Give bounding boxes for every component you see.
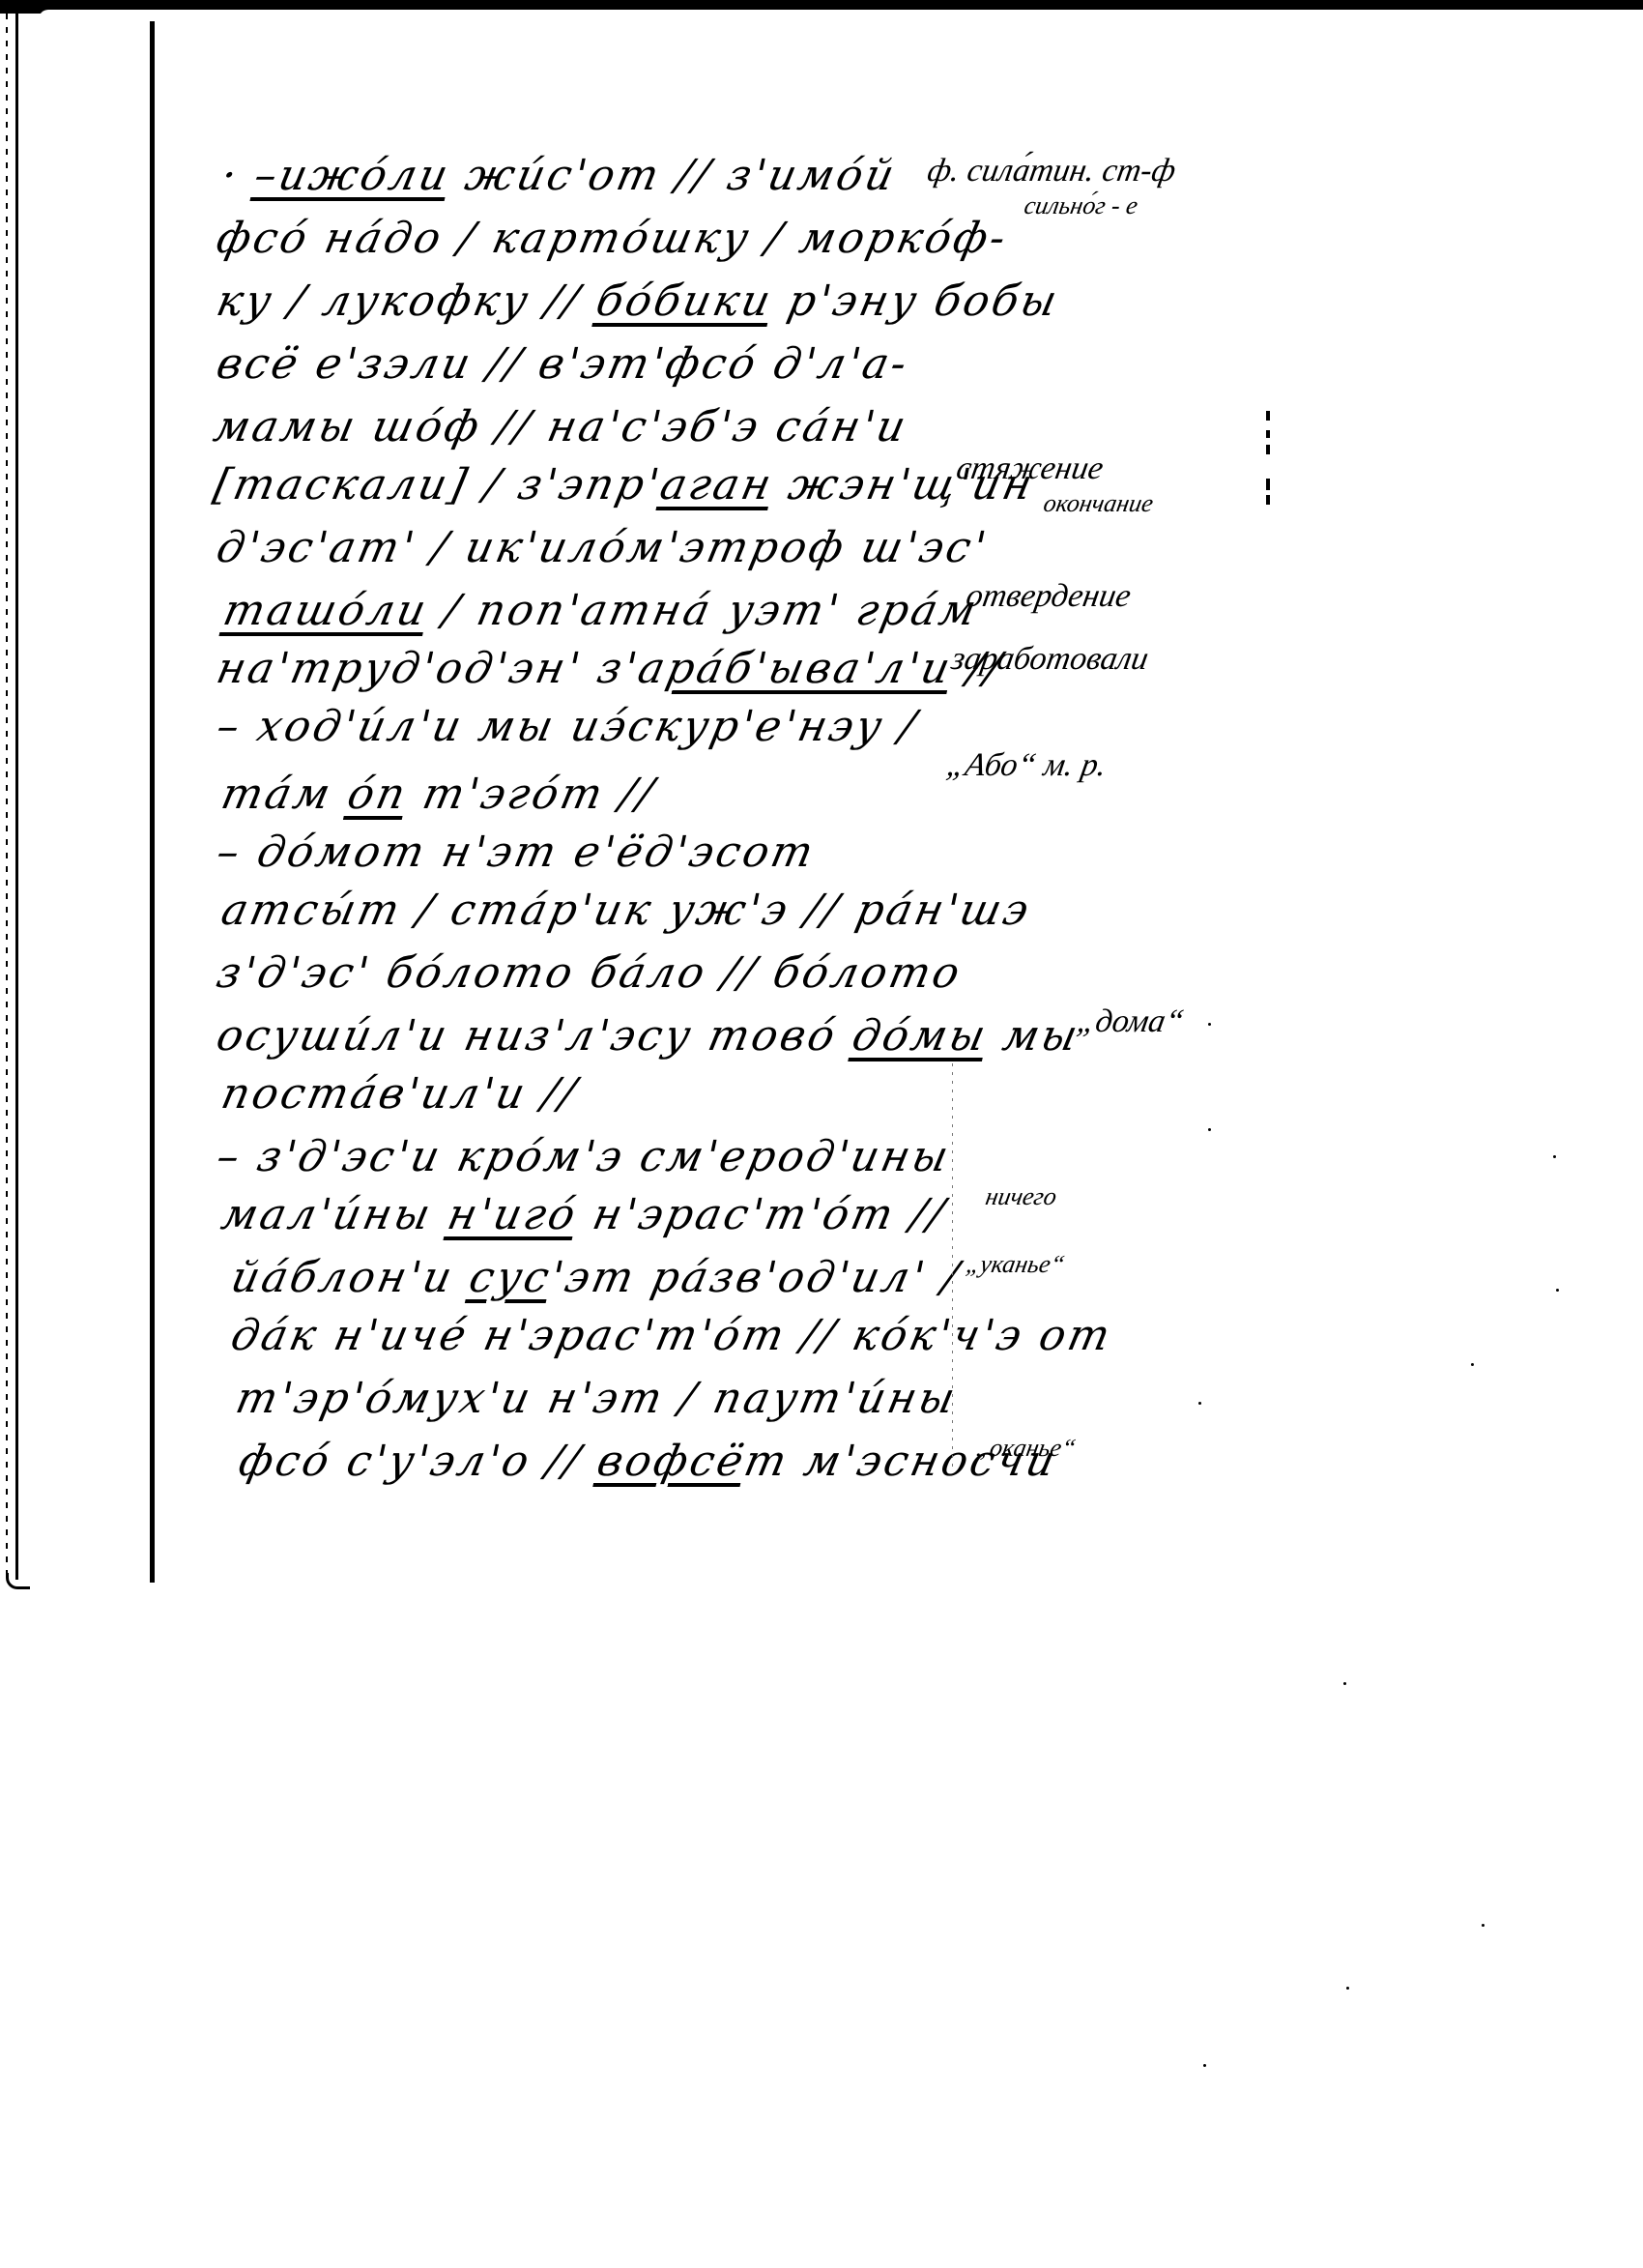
underlined-word: бо́бики <box>591 276 777 326</box>
transcription-line: осуши́л'и низ'л'эсу тово́ до́мы мы <box>213 1015 1083 1058</box>
transcription-line: фсо́ с'у'эл'о // вофсёт м'эсносчи <box>235 1440 1061 1483</box>
transcription-line: [таскали] / з'эпр'аган жэн'щ'ин <box>210 464 1038 507</box>
scan-speck <box>1556 1289 1559 1292</box>
scan-speck <box>1208 1023 1211 1026</box>
margin-note: стяжение <box>954 452 1106 485</box>
line-text: – до́мот н'эт е'ёд'эсот <box>213 828 821 877</box>
transcription-line: – до́мот н'эт е'ёд'эсот <box>213 831 819 874</box>
scanned-page: · –ижо́ли жи́с'от // з'имо́йфсо́ на́до /… <box>0 0 1643 2268</box>
underlined-word: н'иго́ <box>444 1190 583 1239</box>
transcription-line: д'эс'ат' / ик'ило́м'этроф ш'эс' <box>213 527 992 569</box>
line-text: т'эго́т // <box>402 770 660 819</box>
line-text: – з'д'эс'и кро́м'э см'ерод'ины <box>213 1132 956 1181</box>
line-text: з'д'эс' бо́лото ба́ло // бо́лото <box>213 948 967 998</box>
transcription-line: та́м о́п т'эго́т // <box>217 773 659 816</box>
underlined-word: о́п <box>343 770 413 819</box>
line-text: мы <box>982 1011 1084 1061</box>
notebook-binding <box>0 14 18 1580</box>
scan-top-edge <box>0 0 1643 14</box>
scan-speck <box>1482 1924 1484 1927</box>
scan-speck <box>1198 1402 1201 1405</box>
margin-note: „уканье“ <box>965 1252 1067 1277</box>
transcription-line: – ход'и́л'и мы иэ́скур'е'нэу / <box>213 706 921 748</box>
paper-paste-edge <box>952 1063 953 1469</box>
line-text: / поп'атна́ уэт' гра́м <box>422 586 983 635</box>
transcription-line: – з'д'эс'и кро́м'э см'ерод'ины <box>213 1136 954 1178</box>
margin-note: „оканье“ <box>974 1436 1078 1461</box>
line-text: да́к н'иче́ н'эрас'т'о́т // ко́к'ч'э от <box>227 1311 1117 1360</box>
margin-note: сильно́г - е <box>1023 193 1140 218</box>
margin-note: окончание <box>1042 491 1156 516</box>
margin-note: „Або“ м. р. <box>944 749 1109 782</box>
line-text: д'эс'ат' / ик'ило́м'этроф ш'эс' <box>213 523 994 572</box>
scan-speck <box>1553 1155 1556 1158</box>
line-text: р'эну бобы <box>767 276 1064 326</box>
underlined-word: ра́б'ыва'л'и <box>662 644 957 693</box>
line-text: фсо́ с'у'эл'о // <box>235 1437 604 1486</box>
transcription-line: йа́блон'и сус'эт ра́зв'од'ил' / <box>227 1257 965 1299</box>
margin-note: отвердение <box>964 580 1134 613</box>
transcription-line: фсо́ на́до / карто́шку / морко́ф- <box>213 218 1012 260</box>
transcription-line: атсы́т / ста́р'ик уж'э // ра́н'шэ <box>217 889 1034 932</box>
margin-note: ф. сила́тин. ст-ф <box>925 155 1178 188</box>
line-text: 'эт ра́зв'од'ил' / <box>546 1253 966 1302</box>
transcription-line: т'эр'о́мух'и н'эт / паут'и́ны <box>232 1378 961 1420</box>
margin-note: заработовали <box>949 643 1151 676</box>
transcription-line: з'д'эс' бо́лото ба́ло // бо́лото <box>213 952 966 995</box>
transcription-line: всё е'зэли // в'эт'фсо́ д'л'а- <box>213 343 912 386</box>
transcription-line: · –ижо́ли жи́с'от // з'имо́й <box>217 155 900 197</box>
scan-speck <box>1203 2064 1206 2067</box>
line-text: н'эрас'т'о́т // <box>572 1190 951 1239</box>
line-text: жи́с'от // з'имо́й <box>445 151 901 200</box>
scan-mark <box>1266 411 1270 421</box>
line-text: ку / лукофку // <box>213 276 603 326</box>
line-text: мал'и́ны <box>217 1190 454 1239</box>
underlined-word: вофсё <box>592 1437 750 1486</box>
scan-mark <box>1266 479 1270 490</box>
line-text: поста́в'ил'и // <box>217 1069 583 1119</box>
line-text: – ход'и́л'и мы иэ́скур'е'нэу / <box>213 702 923 751</box>
transcription-line: мал'и́ны н'иго́ н'эрас'т'о́т // <box>217 1194 950 1236</box>
line-text: [таскали] / з'эпр' <box>210 460 667 509</box>
line-text: осуши́л'и низ'л'эсу тово́ <box>213 1011 859 1061</box>
line-text: т'эр'о́мух'и н'эт / паут'и́ны <box>232 1374 963 1423</box>
transcription-line: да́к н'иче́ н'эрас'т'о́т // ко́к'ч'э от <box>227 1315 1116 1357</box>
margin-rule-line <box>150 21 155 1583</box>
scan-speck <box>1346 1987 1349 1990</box>
transcription-line: ку / лукофку // бо́бики р'эну бобы <box>213 280 1063 323</box>
line-text: на'труд'од'эн' з'а <box>213 644 673 693</box>
underlined-word: ташо́ли <box>219 586 433 635</box>
line-text: та́м <box>217 770 354 819</box>
margin-note: ничего <box>984 1184 1059 1209</box>
line-text: мамы шо́ф // на'с'эб'э са́н'и <box>210 402 913 451</box>
underlined-word: сус <box>465 1253 557 1302</box>
scan-mark <box>1266 495 1270 505</box>
line-text: фсо́ на́до / карто́шку / морко́ф- <box>213 214 1013 263</box>
underlined-word: аган <box>656 460 779 509</box>
transcription-line: ташо́ли / поп'атна́ уэт' гра́м <box>219 590 982 632</box>
line-text: йа́блон'и <box>227 1253 476 1302</box>
transcription-line: на'труд'од'эн' з'ара́б'ыва'л'и // <box>213 648 1007 690</box>
scan-mark <box>1266 430 1270 438</box>
line-text: атсы́т / ста́р'ик уж'э // ра́н'шэ <box>217 886 1036 935</box>
scan-speck <box>1471 1363 1474 1366</box>
underlined-word: до́мы <box>848 1011 993 1061</box>
line-text: всё е'зэли // в'эт'фсо́ д'л'а- <box>213 339 914 389</box>
transcription-line: поста́в'ил'и // <box>217 1073 582 1116</box>
scan-mark <box>1266 445 1270 454</box>
transcription-line: мамы шо́ф // на'с'эб'э са́н'и <box>210 406 911 449</box>
scan-speck <box>1343 1682 1346 1685</box>
underlined-word: –ижо́ли <box>250 151 455 200</box>
margin-note: „дома“ <box>1075 1005 1186 1038</box>
scan-speck <box>1208 1128 1211 1131</box>
